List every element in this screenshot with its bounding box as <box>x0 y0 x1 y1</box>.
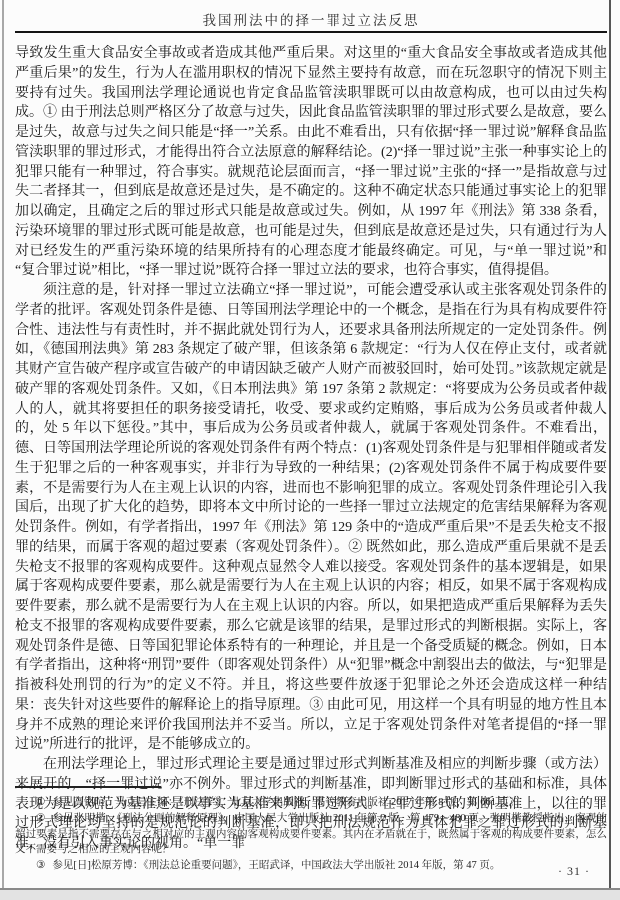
header-rule <box>15 31 607 33</box>
footnote-item: ①参见高铭暄、马克昌主编：《刑法学》，北京大学出版社、高等教育出版社 2017 … <box>15 795 607 811</box>
footnotes-block: ①参见高铭暄、马克昌主编：《刑法学》，北京大学出版社、高等教育出版社 2017 … <box>15 795 607 874</box>
footnote-marker: ③ <box>36 860 45 871</box>
footnote-text: 参见高铭暄、马克昌主编：《刑法学》，北京大学出版社、高等教育出版社 2017 年… <box>52 797 519 808</box>
page-number: · 31 · <box>558 864 590 879</box>
scan-edge-right <box>609 0 611 888</box>
scan-edge-left <box>2 0 4 889</box>
footnote-marker: ① <box>36 797 45 808</box>
footnote-separator-rule <box>15 786 161 788</box>
footnote-item: ③参见[日]松原芳博：《刑法总论重要问题》，王昭武译，中国政法大学出版社 201… <box>15 858 607 874</box>
scan-edge-bottom-band <box>0 890 620 900</box>
footnote-marker: ② <box>36 813 46 824</box>
article-body: 导致发生重大食品安全事故或者造成其他严重后果。对这里的“重大食品安全事故或者造成… <box>15 44 607 854</box>
running-header-title: 我国刑法中的择一罪过立法反思 <box>15 9 607 29</box>
footnote-text: 参见张明楷：《刑法分则的解释原理》，中国人民大学出版社 2011 年第 2 版，… <box>15 813 607 856</box>
body-paragraph: 导致发生重大食品安全事故或者造成其他严重后果。对这里的“重大食品安全事故或者造成… <box>15 44 607 281</box>
body-paragraph: 须注意的是，针对择一罪过立法确立“择一罪过说”，可能会遭受承认或主张客观处罚条件… <box>15 281 607 755</box>
footnote-item: ②参见张明楷：《刑法分则的解释原理》，中国人民大学出版社 2011 年第 2 版… <box>15 811 607 858</box>
scanned-document-page: 我国刑法中的择一罪过立法反思 导致发生重大食品安全事故或者造成其他严重后果。对这… <box>0 0 620 900</box>
footnote-text: 参见[日]松原芳博：《刑法总论重要问题》，王昭武译，中国政法大学出版社 2014… <box>52 860 500 871</box>
